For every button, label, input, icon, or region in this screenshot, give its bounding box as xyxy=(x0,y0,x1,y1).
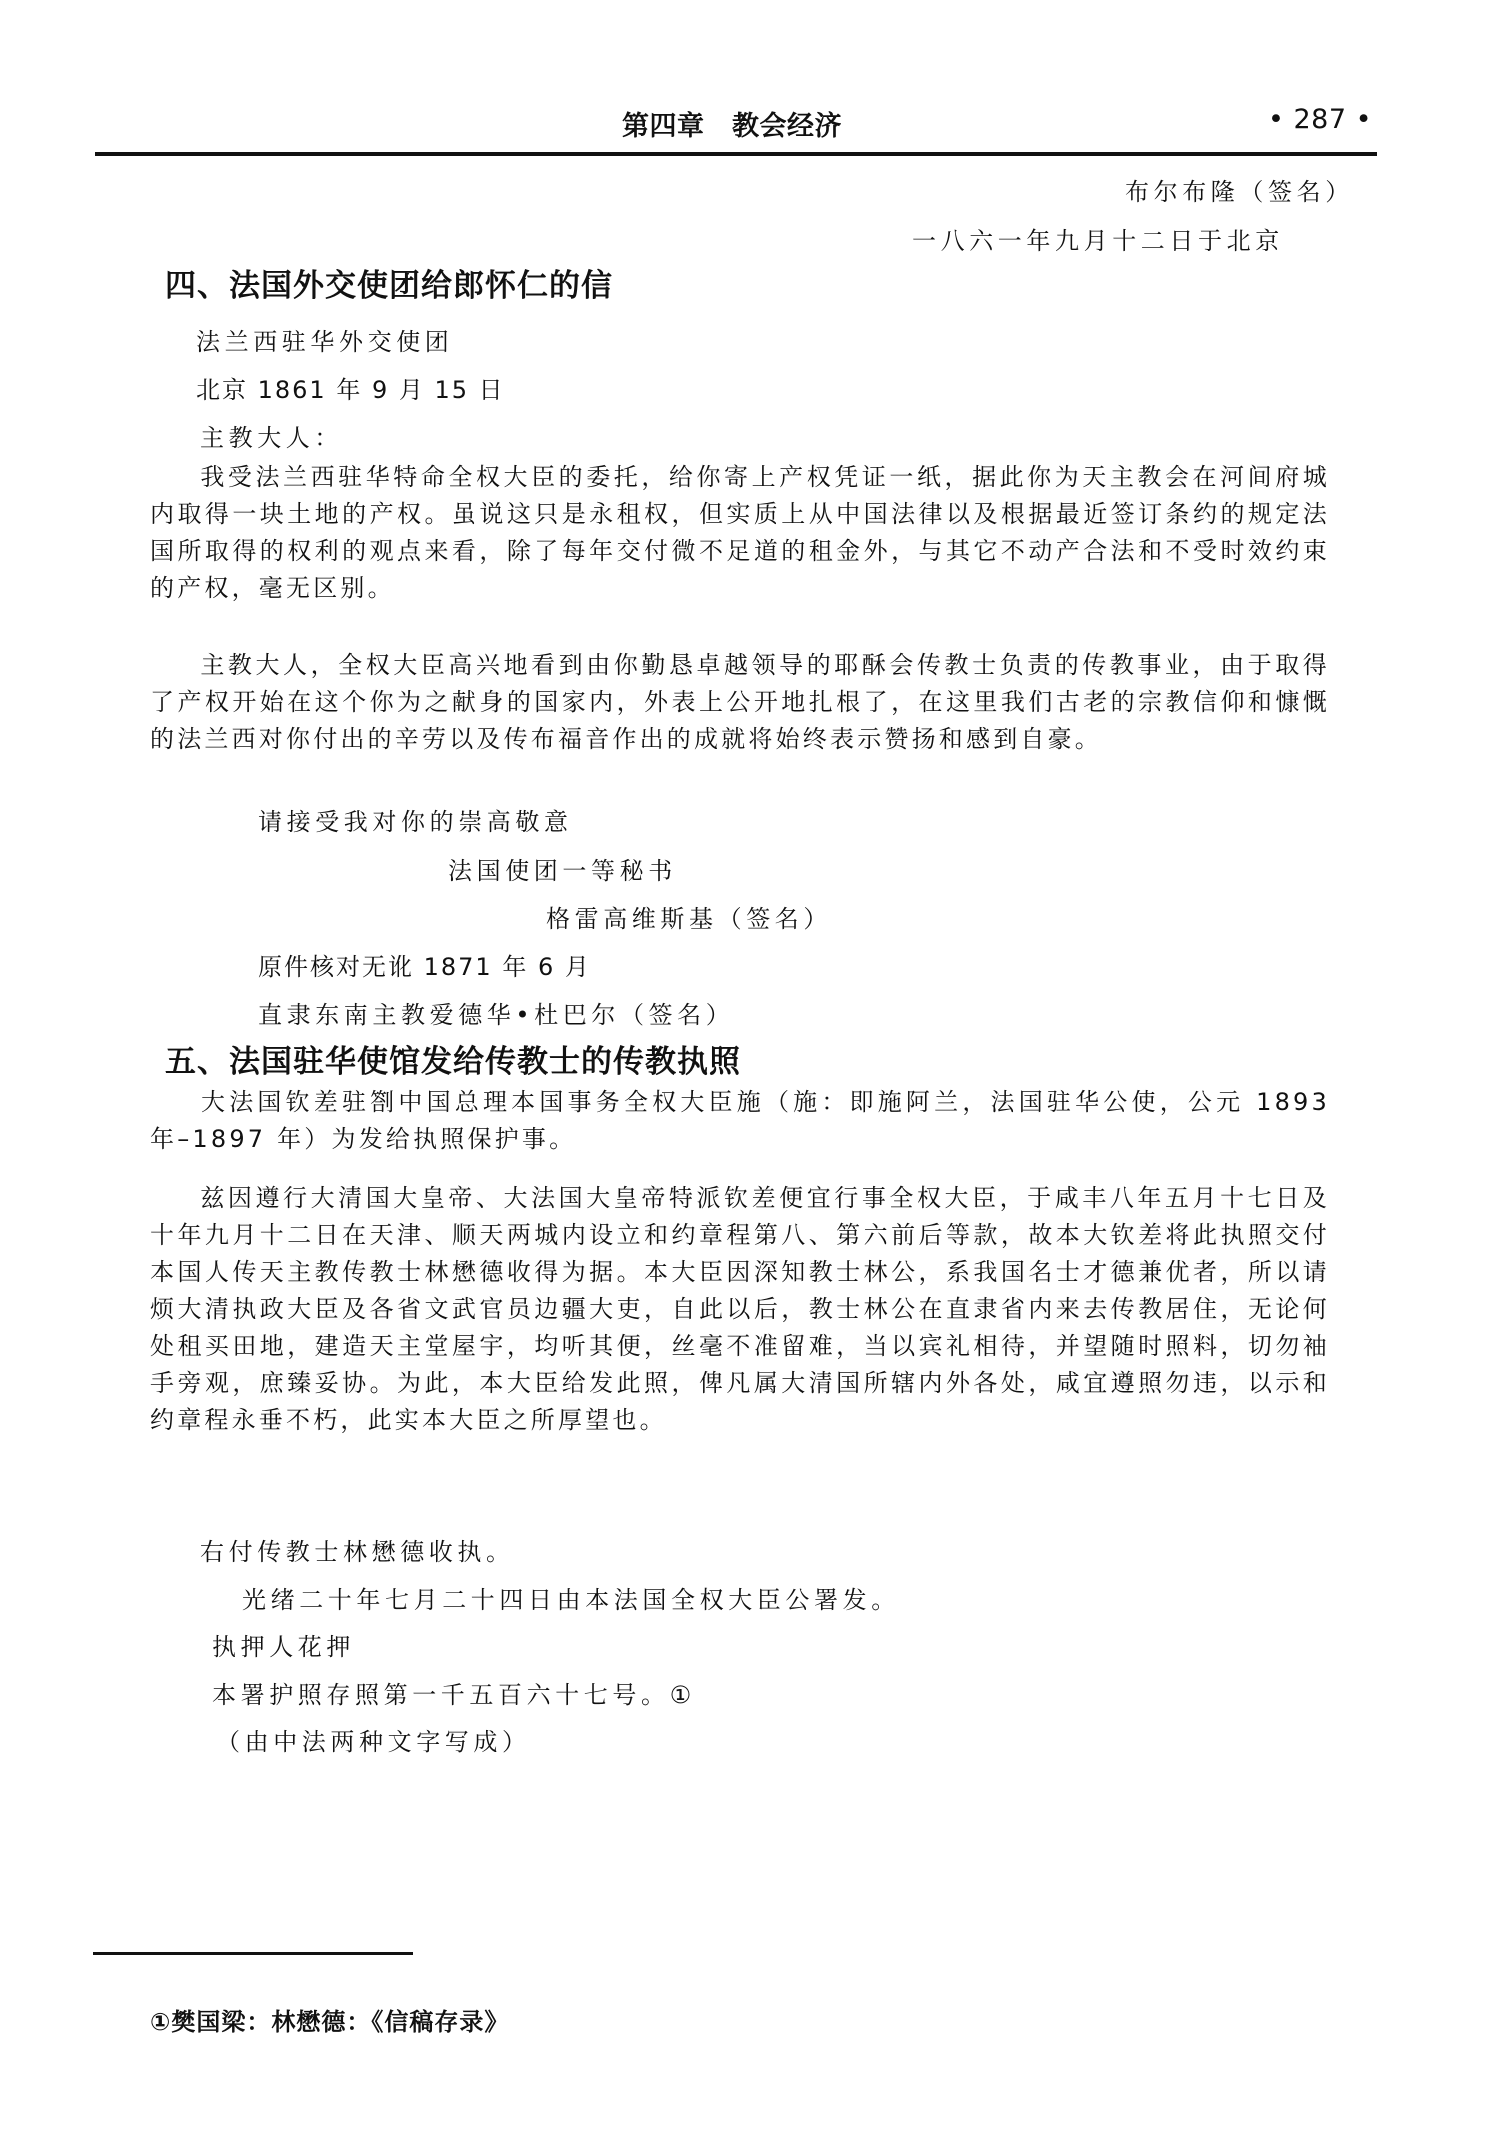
previous-signature: 布尔布隆（签名） xyxy=(1125,172,1354,207)
signature-line: 执押人花押 xyxy=(212,1627,355,1662)
footnote-rule xyxy=(93,1952,413,1955)
recipient-line: 右付传教士林懋德收执。 xyxy=(200,1532,515,1567)
letter-paragraph: 我受法兰西驻华特命全权大臣的委托，给你寄上产权凭证一纸，据此你为天主教会在河间府… xyxy=(150,459,1330,607)
issue-line: 光绪二十年七月二十四日由本法国全权大臣公署发。 xyxy=(242,1580,900,1615)
verifier-signature: 直隶东南主教爱德华•杜巴尔（签名） xyxy=(258,995,734,1030)
previous-date-place: 一八六一年九月十二日于北京 xyxy=(912,221,1284,256)
signer-title: 法国使团一等秘书 xyxy=(448,851,677,886)
registry-line: 本署护照存照第一千五百六十七号。① xyxy=(212,1675,696,1710)
language-note: （由中法两种文字写成） xyxy=(216,1722,531,1757)
letter-paragraph: 主教大人，全权大臣高兴地看到由你勤恳卓越领导的耶酥会传教士负责的传教事业，由于取… xyxy=(150,647,1330,758)
section-4-heading: 四、法国外交使团给郎怀仁的信 xyxy=(165,260,613,305)
letter-sender: 法兰西驻华外交使团 xyxy=(196,322,453,357)
letter-salutation: 主教大人： xyxy=(200,418,343,453)
signer-name: 格雷高维斯基（签名） xyxy=(546,899,832,934)
section-5-heading: 五、法国驻华使馆发给传教士的传教执照 xyxy=(165,1036,741,1081)
header-rule xyxy=(95,152,1377,156)
license-paragraph: 大法国钦差驻劄中国总理本国事务全权大臣施（施：即施阿兰，法国驻华公使，公元 18… xyxy=(150,1084,1330,1158)
license-paragraph: 兹因遵行大清国大皇帝、大法国大皇帝特派钦差便宜行事全权大臣，于咸丰八年五月十七日… xyxy=(150,1180,1330,1439)
footnote: ①樊国梁：林懋德：《信稿存录》 xyxy=(150,2002,509,2037)
page-number: • 287 • xyxy=(1268,104,1372,135)
running-header-chapter: 第四章 教会经济 xyxy=(622,104,842,143)
verification-note: 原件核对无讹 1871 年 6 月 xyxy=(258,947,591,982)
letter-dateline: 北京 1861 年 9 月 15 日 xyxy=(196,370,505,405)
letter-closing: 请接受我对你的崇高敬意 xyxy=(258,802,573,837)
